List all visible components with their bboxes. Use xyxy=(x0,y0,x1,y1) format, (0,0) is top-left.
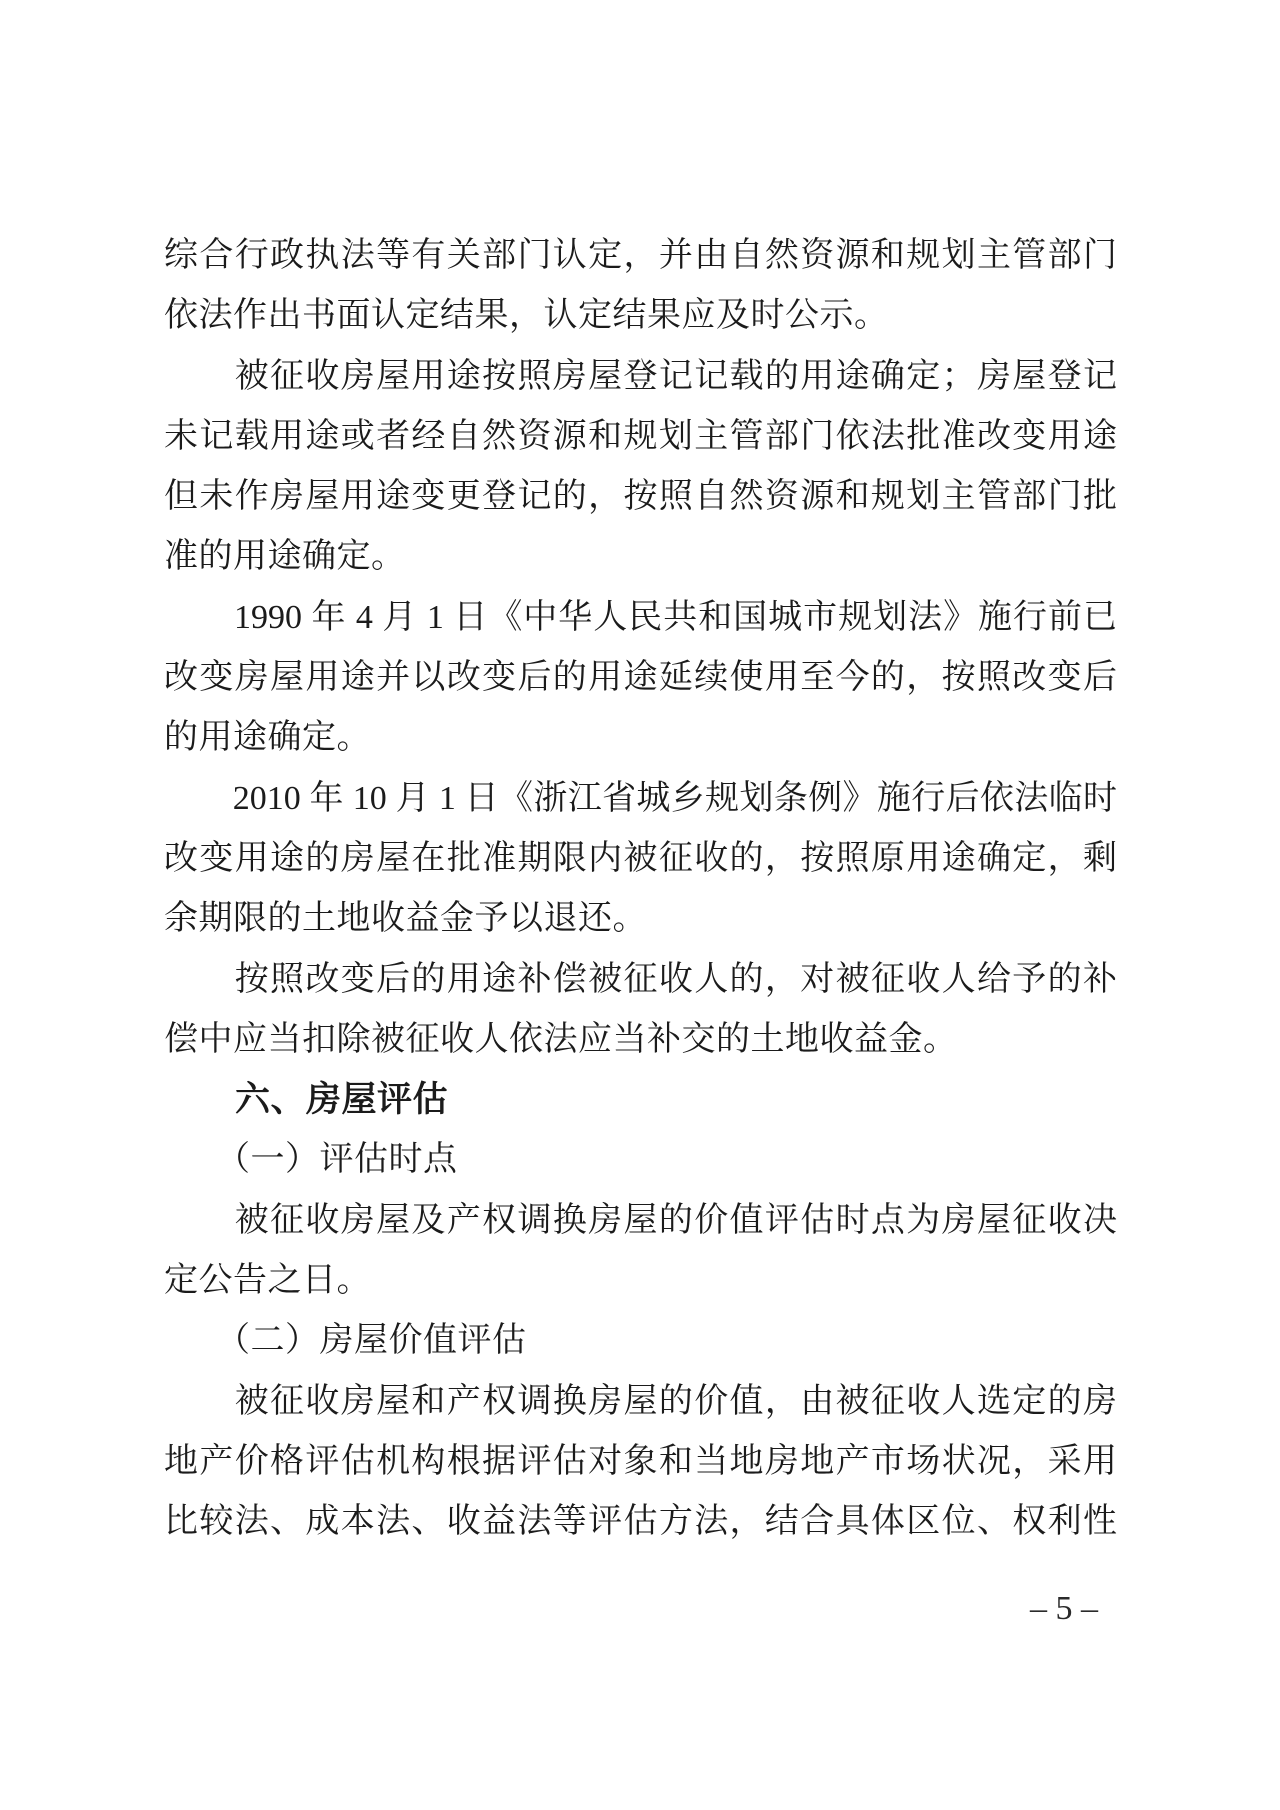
text-line: 改变房屋用途并以改变后的用途延续使用至今的，按照改变后 xyxy=(164,648,1117,708)
text-block: 综合行政执法等有关部门认定，并由自然资源和规划主管部门 依法作出书面认定结果，认… xyxy=(164,226,1117,1553)
text-line: 被征收房屋用途按照房屋登记记载的用途确定；房屋登记 xyxy=(164,347,1117,407)
page-number: – 5 – xyxy=(1030,1589,1098,1629)
text-line: 依法作出书面认定结果，认定结果应及时公示。 xyxy=(164,286,1117,346)
text-line: 2010 年 10 月 1 日《浙江省城乡规划条例》施行后依法临时 xyxy=(164,769,1117,829)
text-line: 比较法、成本法、收益法等评估方法，结合具体区位、权利性 xyxy=(164,1492,1117,1552)
text-line: 被征收房屋和产权调换房屋的价值，由被征收人选定的房 xyxy=(164,1372,1117,1432)
section-heading-6: 六、房屋评估 xyxy=(164,1070,1117,1130)
text-line: 定公告之日。 xyxy=(164,1251,1117,1311)
subsection-heading-2: （二）房屋价值评估 xyxy=(164,1311,1117,1371)
text-line: 被征收房屋及产权调换房屋的价值评估时点为房屋征收决 xyxy=(164,1191,1117,1251)
text-line: 的用途确定。 xyxy=(164,708,1117,768)
text-line: 但未作房屋用途变更登记的，按照自然资源和规划主管部门批 xyxy=(164,467,1117,527)
text-line: 余期限的土地收益金予以退还。 xyxy=(164,889,1117,949)
text-line: 按照改变后的用途补偿被征收人的，对被征收人给予的补 xyxy=(164,950,1117,1010)
text-line: 准的用途确定。 xyxy=(164,527,1117,587)
text-line: 偿中应当扣除被征收人依法应当补交的土地收益金。 xyxy=(164,1010,1117,1070)
document-page: 综合行政执法等有关部门认定，并由自然资源和规划主管部门 依法作出书面认定结果，认… xyxy=(0,0,1280,1810)
subsection-heading-1: （一）评估时点 xyxy=(164,1130,1117,1190)
text-line: 地产价格评估机构根据评估对象和当地房地产市场状况，采用 xyxy=(164,1432,1117,1492)
text-line: 未记载用途或者经自然资源和规划主管部门依法批准改变用途 xyxy=(164,407,1117,467)
text-line: 综合行政执法等有关部门认定，并由自然资源和规划主管部门 xyxy=(164,226,1117,286)
text-line: 改变用途的房屋在批准期限内被征收的，按照原用途确定，剩 xyxy=(164,829,1117,889)
text-line: 1990 年 4 月 1 日《中华人民共和国城市规划法》施行前已 xyxy=(164,588,1117,648)
